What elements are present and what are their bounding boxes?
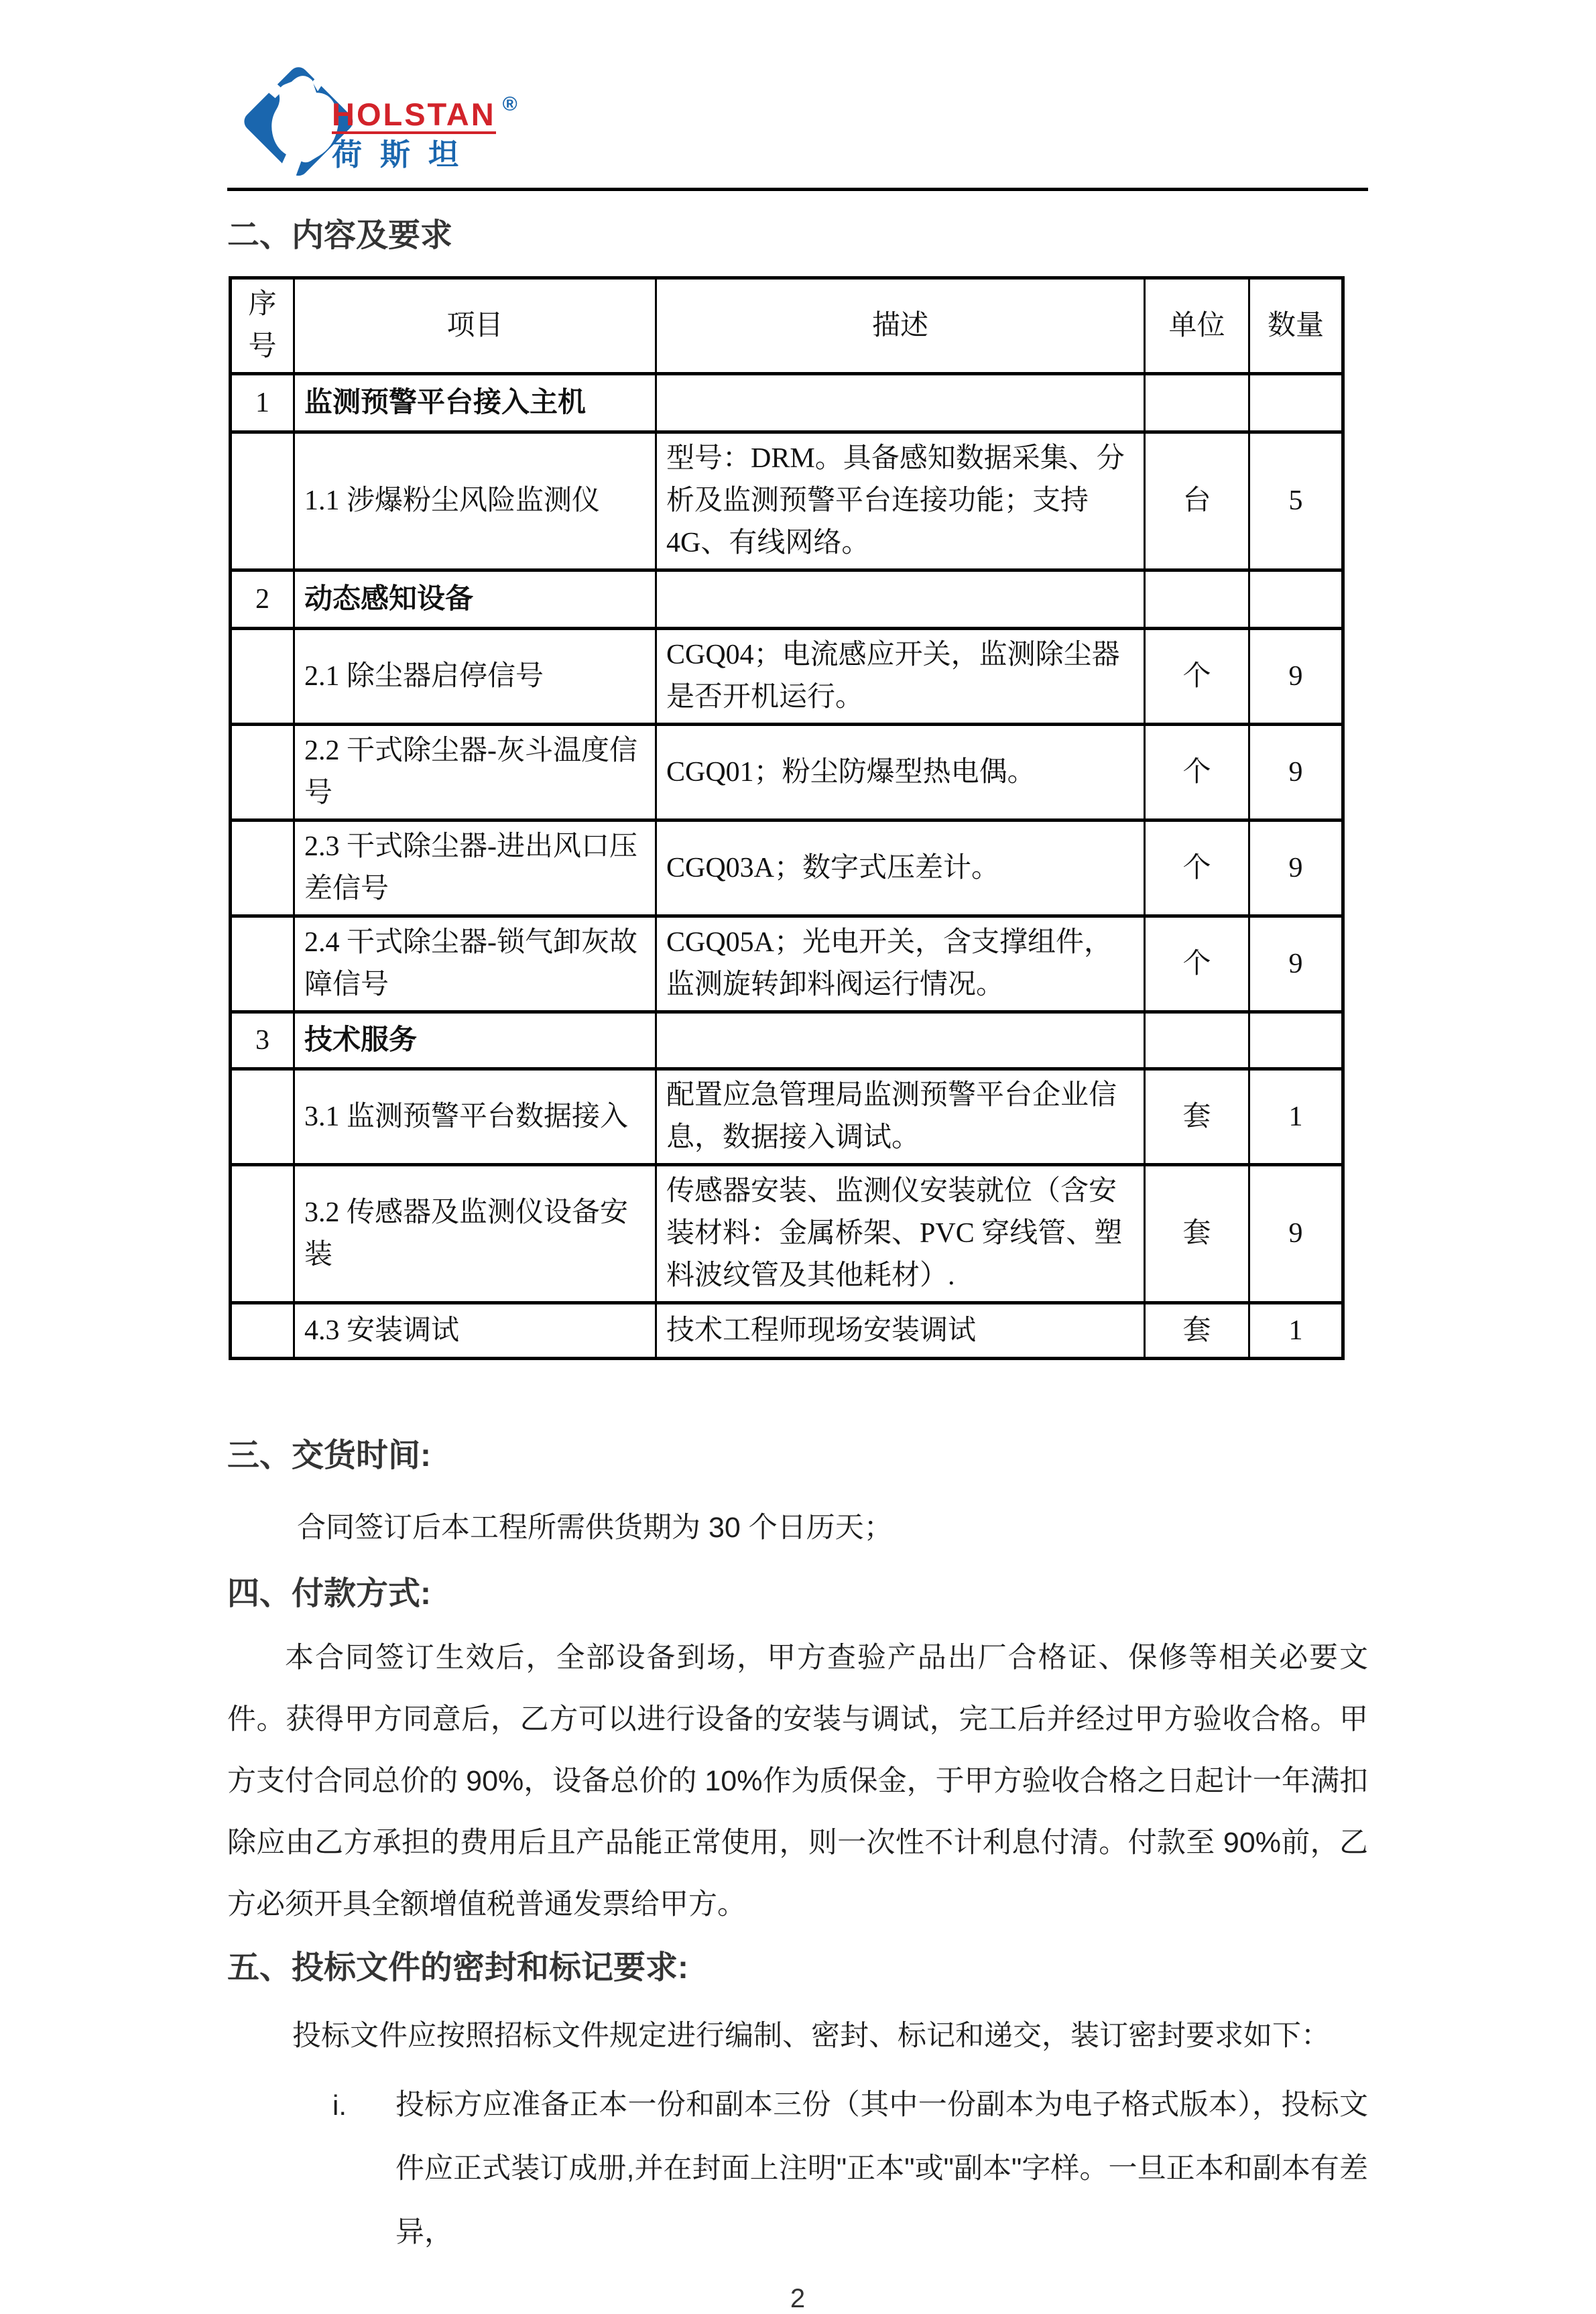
table-row: 2.4 干式除尘器-锁气卸灰故障信号 CGQ05A；光电开关，含支撑组件，监测旋… <box>231 916 1343 1012</box>
col-header-desc: 描述 <box>656 278 1145 374</box>
table-header-row: 序号 项目 描述 单位 数量 <box>231 278 1343 374</box>
desc-cell: CGQ03A；数字式压差计。 <box>656 820 1145 916</box>
letterhead: HOLSTAN® 荷斯坦 <box>227 0 1368 191</box>
item-cell: 1.1 涉爆粉尘风险监测仪 <box>294 432 656 570</box>
desc-cell <box>656 570 1145 629</box>
brand-chinese: 荷斯坦 <box>332 139 517 170</box>
row-no-cell: 1 <box>231 374 294 432</box>
unit-cell: 套 <box>1145 1303 1249 1359</box>
row-no-cell <box>231 820 294 916</box>
col-header-no: 序号 <box>231 278 294 374</box>
item-cell: 2.4 干式除尘器-锁气卸灰故障信号 <box>294 916 656 1012</box>
qty-cell: 1 <box>1249 1069 1343 1165</box>
table-row: 2.3 干式除尘器-进出风口压差信号 CGQ03A；数字式压差计。 个 9 <box>231 820 1343 916</box>
logo-text: HOLSTAN® 荷斯坦 <box>332 99 517 170</box>
qty-cell: 9 <box>1249 820 1343 916</box>
col-header-qty: 数量 <box>1249 278 1343 374</box>
unit-cell: 套 <box>1145 1165 1249 1303</box>
list-item-marker: i. <box>332 2073 395 2137</box>
qty-cell: 9 <box>1249 629 1343 725</box>
item-cell: 技术服务 <box>294 1012 656 1069</box>
qty-cell <box>1249 570 1343 629</box>
section-3-title: 三、交货时间: <box>227 1438 1368 1474</box>
brand-wordmark: HOLSTAN <box>332 99 496 134</box>
section-2-title: 二、内容及要求 <box>227 218 1368 254</box>
item-cell: 3.2 传感器及监测仪设备安装 <box>294 1165 656 1303</box>
table-row: 3.2 传感器及监测仪设备安装 传感器安装、监测仪安装就位（含安装材料：金属桥架… <box>231 1165 1343 1303</box>
qty-cell <box>1249 1012 1343 1069</box>
section-5-title: 五、投标文件的密封和标记要求: <box>227 1950 1368 1986</box>
document-page: HOLSTAN® 荷斯坦 二、内容及要求 序号 项目 描述 单位 数量 <box>0 0 1596 2314</box>
row-no-cell: 3 <box>231 1012 294 1069</box>
table-row: 3.1 监测预警平台数据接入 配置应急管理局监测预警平台企业信息，数据接入调试。… <box>231 1069 1343 1165</box>
list-item: i. 投标方应准备正本一份和副本三份（其中一份副本为电子格式版本），投标文件应正… <box>332 2073 1368 2264</box>
desc-cell: 配置应急管理局监测预警平台企业信息，数据接入调试。 <box>656 1069 1145 1165</box>
table-row: 1.1 涉爆粉尘风险监测仪 型号：DRM。具备感知数据采集、分析及监测预警平台连… <box>231 432 1343 570</box>
row-no-cell <box>231 629 294 725</box>
item-cell: 监测预警平台接入主机 <box>294 374 656 432</box>
desc-cell: CGQ05A；光电开关，含支撑组件，监测旋转卸料阀运行情况。 <box>656 916 1145 1012</box>
unit-cell <box>1145 374 1249 432</box>
qty-cell: 1 <box>1249 1303 1343 1359</box>
item-cell: 动态感知设备 <box>294 570 656 629</box>
row-no-cell <box>231 1303 294 1359</box>
row-no-cell <box>231 1069 294 1165</box>
list-item-text: 投标方应准备正本一份和副本三份（其中一份副本为电子格式版本），投标文件应正式装订… <box>395 2073 1368 2264</box>
qty-cell <box>1249 374 1343 432</box>
row-no-cell <box>231 725 294 820</box>
page-number: 2 <box>227 2283 1368 2314</box>
qty-cell: 9 <box>1249 1165 1343 1303</box>
desc-cell: CGQ04；电流感应开关，监测除尘器是否开机运行。 <box>656 629 1145 725</box>
holstan-logo: HOLSTAN® 荷斯坦 <box>231 64 1368 175</box>
table-row: 3 技术服务 <box>231 1012 1343 1069</box>
item-cell: 2.2 干式除尘器-灰斗温度信号 <box>294 725 656 820</box>
table-row: 4.3 安装调试 技术工程师现场安装调试 套 1 <box>231 1303 1343 1359</box>
unit-cell: 套 <box>1145 1069 1249 1165</box>
requirements-table: 序号 项目 描述 单位 数量 1 监测预警平台接入主机 1.1 涉爆粉尘风险监测… <box>229 276 1345 1360</box>
qty-cell: 5 <box>1249 432 1343 570</box>
item-cell: 4.3 安装调试 <box>294 1303 656 1359</box>
item-cell: 3.1 监测预警平台数据接入 <box>294 1069 656 1165</box>
unit-cell: 台 <box>1145 432 1249 570</box>
item-cell: 2.1 除尘器启停信号 <box>294 629 656 725</box>
col-header-item: 项目 <box>294 278 656 374</box>
unit-cell: 个 <box>1145 629 1249 725</box>
table-row: 2.1 除尘器启停信号 CGQ04；电流感应开关，监测除尘器是否开机运行。 个 … <box>231 629 1343 725</box>
qty-cell: 9 <box>1249 725 1343 820</box>
sealing-requirements-list: i. 投标方应准备正本一份和副本三份（其中一份副本为电子格式版本），投标文件应正… <box>332 2073 1368 2264</box>
row-no-cell: 2 <box>231 570 294 629</box>
row-no-cell <box>231 1165 294 1303</box>
row-no-cell <box>231 432 294 570</box>
col-header-unit: 单位 <box>1145 278 1249 374</box>
table-row: 2.2 干式除尘器-灰斗温度信号 CGQ01；粉尘防爆型热电偶。 个 9 <box>231 725 1343 820</box>
payment-terms-text: 本合同签订生效后，全部设备到场，甲方查验产品出厂合格证、保修等相关必要文件。获得… <box>227 1627 1368 1935</box>
registered-mark: ® <box>503 93 517 115</box>
item-cell: 2.3 干式除尘器-进出风口压差信号 <box>294 820 656 916</box>
header-rule <box>227 188 1368 191</box>
desc-cell: 技术工程师现场安装调试 <box>656 1303 1145 1359</box>
unit-cell: 个 <box>1145 725 1249 820</box>
sealing-requirements-intro: 投标文件应按照招标文件规定进行编制、密封、标记和递交，装订密封要求如下： <box>227 2005 1368 2067</box>
desc-cell: CGQ01；粉尘防爆型热电偶。 <box>656 725 1145 820</box>
desc-cell: 传感器安装、监测仪安装就位（含安装材料：金属桥架、PVC 穿线管、塑料波纹管及其… <box>656 1165 1145 1303</box>
desc-cell: 型号：DRM。具备感知数据采集、分析及监测预警平台连接功能；支持 4G、有线网络… <box>656 432 1145 570</box>
unit-cell: 个 <box>1145 916 1249 1012</box>
desc-cell <box>656 1012 1145 1069</box>
row-no-cell <box>231 916 294 1012</box>
delivery-time-text: 合同签订后本工程所需供货期为 30 个日历天； <box>227 1497 1368 1559</box>
section-4-title: 四、付款方式: <box>227 1576 1368 1612</box>
unit-cell <box>1145 1012 1249 1069</box>
unit-cell <box>1145 570 1249 629</box>
unit-cell: 个 <box>1145 820 1249 916</box>
desc-cell <box>656 374 1145 432</box>
qty-cell: 9 <box>1249 916 1343 1012</box>
table-row: 1 监测预警平台接入主机 <box>231 374 1343 432</box>
table-row: 2 动态感知设备 <box>231 570 1343 629</box>
